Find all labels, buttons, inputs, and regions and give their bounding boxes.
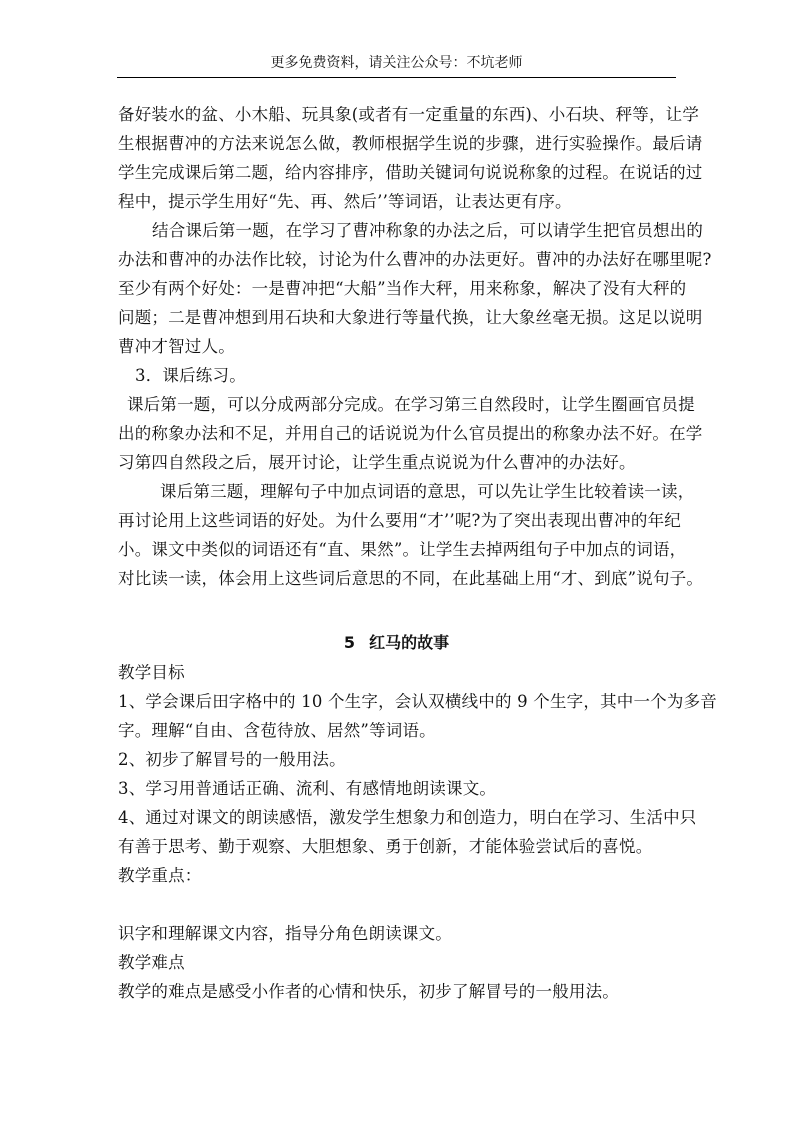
text-line: 小。课文中类似的词语还有“直、果然”。让学生去掉两组句子中加点的词语， [118, 535, 678, 564]
lesson-plan-section: 教学目标 1、学会课后田字格中的 10 个生字，会认双横线中的 9 个生字，其中… [118, 658, 678, 1006]
goal-line: 字。理解“自由、含苞待放、居然”等词语。 [118, 716, 678, 745]
goal-line: 有善于思考、勤于观察、大胆想象、勇于创新，才能体验尝试后的喜悦。 [118, 832, 678, 861]
paragraph-experiment: 备好装水的盆、小木船、玩具象(或者有一定重量的东西)、小石块、秤等，让学 生根据… [118, 100, 678, 216]
text-line: 结合课后第一题，在学习了曹冲称象的办法之后，可以请学生把官员想出的 [118, 216, 678, 245]
text-line: 课后第一题，可以分成两部分完成。在学习第三自然段时，让学生圈画官员提 [118, 390, 678, 419]
text-line: 课后第三题，理解句子中加点词语的意思，可以先让学生比较着读一读， [118, 477, 678, 506]
goal-line: 3、学习用普通话正确、流利、有感情地朗读课文。 [118, 774, 678, 803]
text-line: 对比读一读，体会用上这些词后意思的不同，在此基础上用“才、到底”说句子。 [118, 564, 678, 593]
text-line: 生根据曹冲的方法来说怎么做，教师根据学生说的步骤，进行实验操作。最后请 [118, 129, 678, 158]
text-line: 出的称象办法和不足，并用自己的话说说为什么官员提出的称象办法不好。在学 [118, 419, 678, 448]
text-line: 问题；二是曹冲想到用石块和大象进行等量代换，让大象丝毫无损。这足以说明 [118, 303, 678, 332]
text-line: 曹冲才智过人。 [118, 332, 678, 361]
difficulty-text: 教学的难点是感受小作者的心情和快乐，初步了解冒号的一般用法。 [118, 977, 678, 1006]
header-text: 更多免费资料，请关注公众号：不坑老师 [271, 55, 523, 71]
section-title-text: 红马的故事 [369, 633, 449, 652]
goals-heading: 教学目标 [118, 658, 678, 687]
body-text: 备好装水的盆、小木船、玩具象(或者有一定重量的东西)、小石块、秤等，让学 生根据… [118, 100, 678, 593]
key-points-text: 识字和理解课文内容，指导分角色朗读课文。 [118, 919, 678, 948]
paragraph-comparison: 结合课后第一题，在学习了曹冲称象的办法之后，可以请学生把官员想出的 办法和曹冲的… [118, 216, 678, 361]
page-header: 更多免费资料，请关注公众号：不坑老师 [117, 52, 676, 78]
text-line: 再讨论用上这些词语的好处。为什么要用“才’’呢?为了突出表现出曹冲的年纪 [118, 506, 678, 535]
text-line: 备好装水的盆、小木船、玩具象(或者有一定重量的东西)、小石块、秤等，让学 [118, 100, 678, 129]
section-number: 5 [344, 633, 355, 652]
goal-line: 2、初步了解冒号的一般用法。 [118, 745, 678, 774]
text-line: 至少有两个好处：一是曹冲把“大船”当作大秤，用来称象，解决了没有大秤的 [118, 274, 678, 303]
text-line: 程中，提示学生用好“先、再、然后’’等词语，让表达更有序。 [118, 187, 678, 216]
goal-line: 1、学会课后田字格中的 10 个生字，会认双横线中的 9 个生字，其中一个为多音 [118, 687, 678, 716]
difficulty-heading: 教学难点 [118, 948, 678, 977]
text-line: 习第四自然段之后，展开讨论，让学生重点说说为什么曹冲的办法好。 [118, 448, 678, 477]
text-line: 办法和曹冲的办法作比较，讨论为什么曹冲的办法更好。曹冲的办法好在哪里呢? [118, 245, 678, 274]
goals-list: 1、学会课后田字格中的 10 个生字，会认双横线中的 9 个生字，其中一个为多音… [118, 687, 678, 861]
paragraph-exercise-1: 课后第一题，可以分成两部分完成。在学习第三自然段时，让学生圈画官员提 出的称象办… [118, 390, 678, 477]
text-line: 学生完成课后第二题，给内容排序，借助关键词句说说称象的过程。在说话的过 [118, 158, 678, 187]
paragraph-exercise-3: 课后第三题，理解句子中加点词语的意思，可以先让学生比较着读一读， 再讨论用上这些… [118, 477, 678, 593]
list-item-exercises: 3．课后练习。 [118, 361, 678, 390]
blank-line [118, 890, 678, 919]
section-title: 5红马的故事 [117, 630, 676, 656]
goal-line: 4、通过对课文的朗读感悟，激发学生想象力和创造力，明白在学习、生活中只 [118, 803, 678, 832]
key-points-heading: 教学重点： [118, 861, 678, 890]
